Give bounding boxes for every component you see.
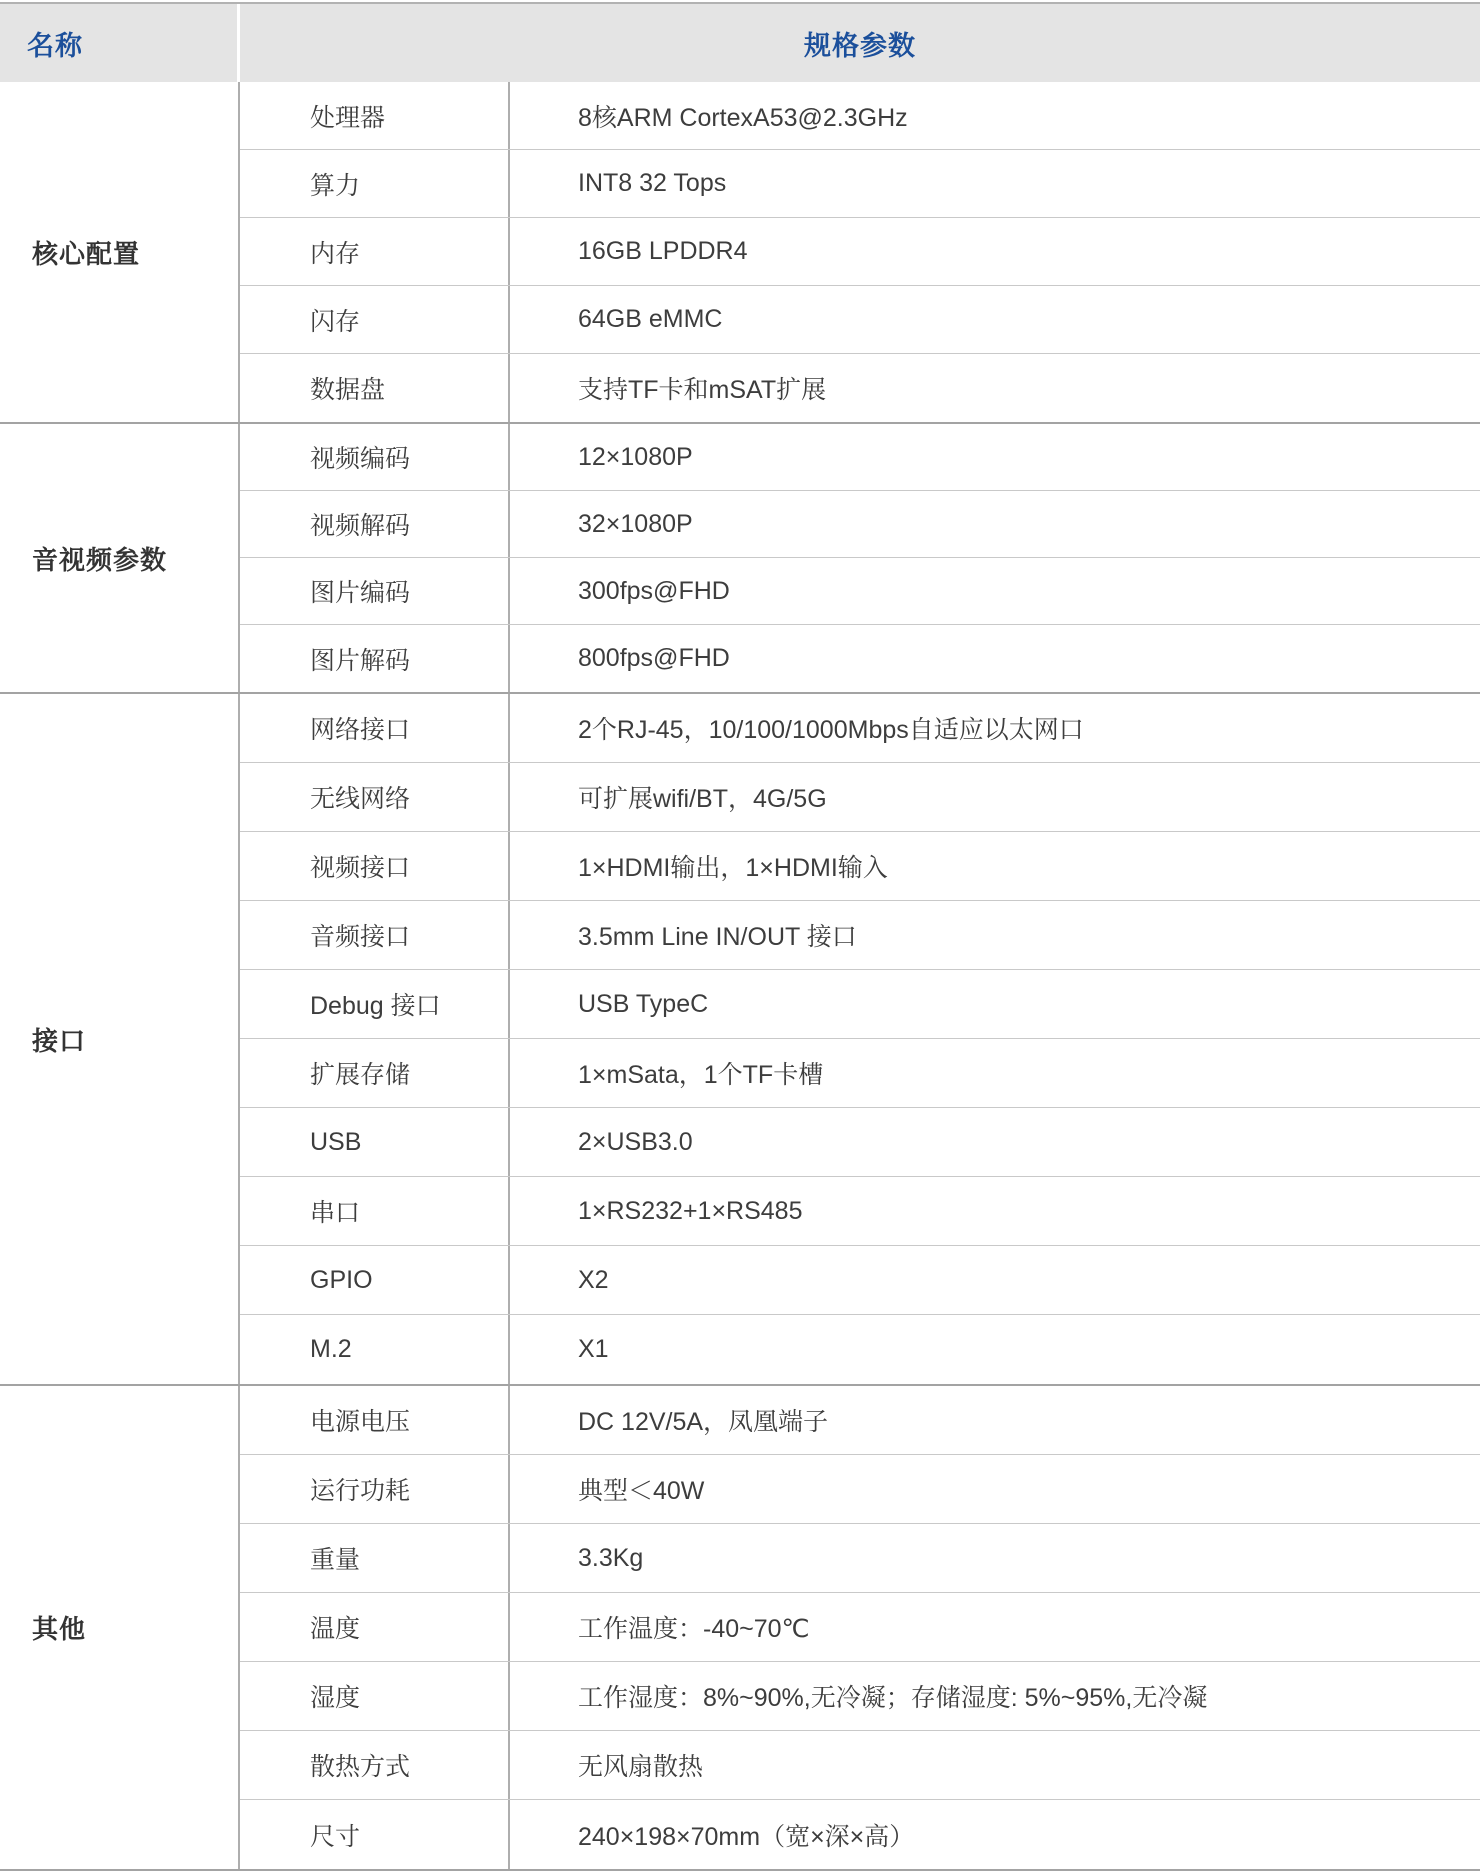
header-spec-cell: 规格参数 [240,4,1480,82]
group-label: 核心配置 [32,234,140,271]
spec-label: 视频编码 [240,424,510,490]
table-row: 内存16GB LPDDR4 [240,218,1480,286]
spec-label: 视频接口 [240,832,510,900]
table-row: 闪存64GB eMMC [240,286,1480,354]
group-cell: 音视频参数 [0,424,240,692]
spec-value: 12×1080P [510,424,1480,490]
spec-section: 音视频参数视频编码12×1080P视频解码32×1080P图片编码300fps@… [0,424,1480,694]
table-row: M.2X1 [240,1315,1480,1384]
spec-label: 扩展存储 [240,1039,510,1107]
spec-label: 电源电压 [240,1386,510,1454]
spec-label: 音频接口 [240,901,510,969]
spec-section: 接口网络接口2个RJ-45，10/100/1000Mbps自适应以太网口无线网络… [0,694,1480,1386]
table-row: 视频接口1×HDMI输出，1×HDMI输入 [240,832,1480,901]
spec-table: 名称 规格参数 核心配置处理器8核ARM CortexA53@2.3GHz算力I… [0,2,1480,1871]
spec-label: 串口 [240,1177,510,1245]
spec-value: 1×RS232+1×RS485 [510,1177,1480,1245]
table-row: 无线网络可扩展wifi/BT，4G/5G [240,763,1480,832]
spec-label: 闪存 [240,286,510,353]
table-row: GPIOX2 [240,1246,1480,1315]
spec-value: 工作湿度：8%~90%,无冷凝；存储湿度: 5%~95%,无冷凝 [510,1662,1480,1730]
table-row: 电源电压DC 12V/5A，凤凰端子 [240,1386,1480,1455]
spec-label: GPIO [240,1246,510,1314]
spec-value: 32×1080P [510,491,1480,557]
section-rows: 网络接口2个RJ-45，10/100/1000Mbps自适应以太网口无线网络可扩… [240,694,1480,1384]
table-row: 重量3.3Kg [240,1524,1480,1593]
spec-label: 算力 [240,150,510,217]
spec-label: 图片解码 [240,625,510,692]
spec-value: 3.5mm Line IN/OUT 接口 [510,901,1480,969]
table-row: 运行功耗典型＜40W [240,1455,1480,1524]
spec-label: 重量 [240,1524,510,1592]
spec-value: X2 [510,1246,1480,1314]
spec-label: 内存 [240,218,510,285]
table-row: 图片解码800fps@FHD [240,625,1480,692]
section-rows: 处理器8核ARM CortexA53@2.3GHz算力INT8 32 Tops内… [240,82,1480,422]
table-row: 处理器8核ARM CortexA53@2.3GHz [240,82,1480,150]
table-row: 视频编码12×1080P [240,424,1480,491]
spec-value: 300fps@FHD [510,558,1480,624]
section-rows: 视频编码12×1080P视频解码32×1080P图片编码300fps@FHD图片… [240,424,1480,692]
spec-value: X1 [510,1315,1480,1384]
spec-section: 其他电源电压DC 12V/5A，凤凰端子运行功耗典型＜40W重量3.3Kg温度工… [0,1386,1480,1871]
spec-label: 尺寸 [240,1800,510,1869]
spec-value: 240×198×70mm（宽×深×高） [510,1800,1480,1869]
spec-label: Debug 接口 [240,970,510,1038]
section-rows: 电源电压DC 12V/5A，凤凰端子运行功耗典型＜40W重量3.3Kg温度工作温… [240,1386,1480,1869]
spec-value: 3.3Kg [510,1524,1480,1592]
group-cell: 其他 [0,1386,240,1869]
spec-label: 无线网络 [240,763,510,831]
table-row: 湿度工作湿度：8%~90%,无冷凝；存储湿度: 5%~95%,无冷凝 [240,1662,1480,1731]
spec-label: M.2 [240,1315,510,1384]
spec-label: 散热方式 [240,1731,510,1799]
spec-value: 支持TF卡和mSAT扩展 [510,354,1480,422]
table-row: 数据盘支持TF卡和mSAT扩展 [240,354,1480,422]
group-cell: 核心配置 [0,82,240,422]
group-label: 其他 [32,1609,86,1646]
spec-value: 64GB eMMC [510,286,1480,353]
spec-value: 2个RJ-45，10/100/1000Mbps自适应以太网口 [510,694,1480,762]
spec-label: 处理器 [240,82,510,149]
header-spec-label: 规格参数 [804,24,916,63]
spec-value: 1×mSata，1个TF卡槽 [510,1039,1480,1107]
spec-label: 网络接口 [240,694,510,762]
header-name-label: 名称 [27,24,83,63]
table-row: 网络接口2个RJ-45，10/100/1000Mbps自适应以太网口 [240,694,1480,763]
table-row: 温度工作温度：-40~70℃ [240,1593,1480,1662]
spec-label: 图片编码 [240,558,510,624]
group-cell: 接口 [0,694,240,1384]
table-row: 视频解码32×1080P [240,491,1480,558]
spec-value: 典型＜40W [510,1455,1480,1523]
spec-value: 1×HDMI输出，1×HDMI输入 [510,832,1480,900]
group-label: 音视频参数 [32,540,167,577]
spec-label: 数据盘 [240,354,510,422]
spec-label: USB [240,1108,510,1176]
spec-value: DC 12V/5A，凤凰端子 [510,1386,1480,1454]
table-row: 算力INT8 32 Tops [240,150,1480,218]
spec-label: 温度 [240,1593,510,1661]
spec-value: USB TypeC [510,970,1480,1038]
group-label: 接口 [32,1021,86,1058]
table-row: 尺寸240×198×70mm（宽×深×高） [240,1800,1480,1869]
spec-value: 800fps@FHD [510,625,1480,692]
table-row: 音频接口3.5mm Line IN/OUT 接口 [240,901,1480,970]
spec-value: 8核ARM CortexA53@2.3GHz [510,82,1480,149]
spec-value: 无风扇散热 [510,1731,1480,1799]
spec-value: 16GB LPDDR4 [510,218,1480,285]
table-row: 散热方式无风扇散热 [240,1731,1480,1800]
table-row: USB2×USB3.0 [240,1108,1480,1177]
spec-value: 可扩展wifi/BT，4G/5G [510,763,1480,831]
table-row: 扩展存储1×mSata，1个TF卡槽 [240,1039,1480,1108]
spec-value: 2×USB3.0 [510,1108,1480,1176]
spec-page: 名称 规格参数 核心配置处理器8核ARM CortexA53@2.3GHz算力I… [0,0,1480,1876]
table-row: 串口1×RS232+1×RS485 [240,1177,1480,1246]
spec-label: 视频解码 [240,491,510,557]
spec-value: 工作温度：-40~70℃ [510,1593,1480,1661]
table-row: 图片编码300fps@FHD [240,558,1480,625]
spec-label: 湿度 [240,1662,510,1730]
table-header-row: 名称 规格参数 [0,2,1480,82]
table-body: 核心配置处理器8核ARM CortexA53@2.3GHz算力INT8 32 T… [0,82,1480,1871]
spec-section: 核心配置处理器8核ARM CortexA53@2.3GHz算力INT8 32 T… [0,82,1480,424]
header-name-cell: 名称 [0,4,240,82]
spec-value: INT8 32 Tops [510,150,1480,217]
table-row: Debug 接口USB TypeC [240,970,1480,1039]
spec-label: 运行功耗 [240,1455,510,1523]
